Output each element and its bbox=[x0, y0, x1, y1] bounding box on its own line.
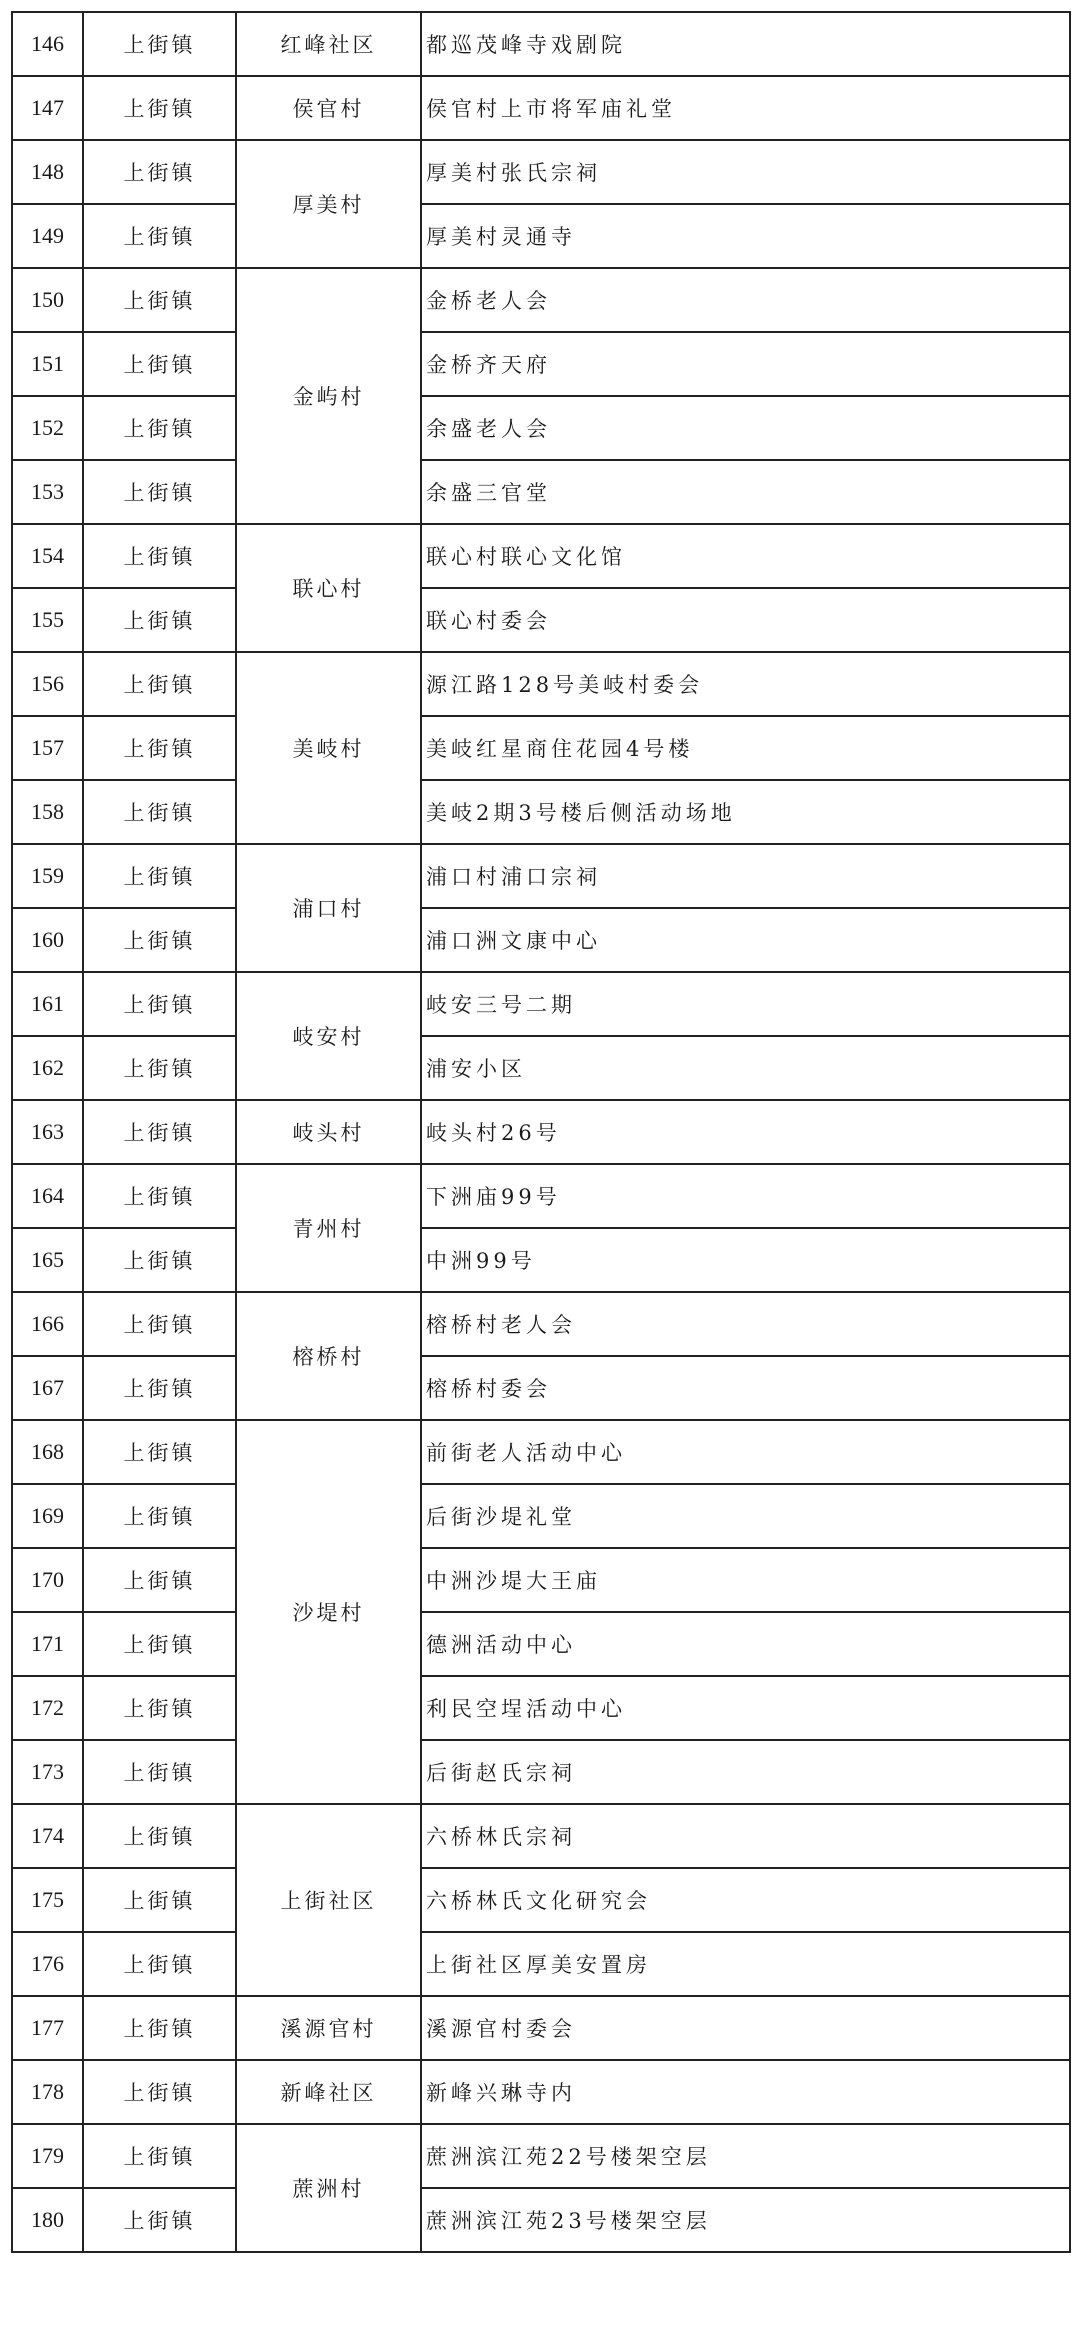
table-row: 162上街镇浦安小区 bbox=[12, 1036, 1070, 1100]
town-cell: 上街镇 bbox=[83, 12, 236, 76]
table-row: 154上街镇联心村联心村联心文化馆 bbox=[12, 524, 1070, 588]
site-cell: 金桥老人会 bbox=[421, 268, 1070, 332]
site-cell: 浦安小区 bbox=[421, 1036, 1070, 1100]
site-cell: 榕桥村委会 bbox=[421, 1356, 1070, 1420]
table-row: 153上街镇余盛三官堂 bbox=[12, 460, 1070, 524]
site-cell: 前街老人活动中心 bbox=[421, 1420, 1070, 1484]
row-number-cell: 146 bbox=[12, 12, 83, 76]
site-cell: 中洲沙堤大王庙 bbox=[421, 1548, 1070, 1612]
town-cell: 上街镇 bbox=[83, 716, 236, 780]
site-cell: 岐安三号二期 bbox=[421, 972, 1070, 1036]
site-cell: 后街赵氏宗祠 bbox=[421, 1740, 1070, 1804]
site-cell: 下洲庙99号 bbox=[421, 1164, 1070, 1228]
town-cell: 上街镇 bbox=[83, 1612, 236, 1676]
site-cell: 岐头村26号 bbox=[421, 1100, 1070, 1164]
town-cell: 上街镇 bbox=[83, 1548, 236, 1612]
village-cell: 美岐村 bbox=[236, 652, 421, 844]
village-cell: 浦口村 bbox=[236, 844, 421, 972]
town-cell: 上街镇 bbox=[83, 76, 236, 140]
row-number-cell: 171 bbox=[12, 1612, 83, 1676]
site-cell: 金桥齐天府 bbox=[421, 332, 1070, 396]
row-number-cell: 163 bbox=[12, 1100, 83, 1164]
town-cell: 上街镇 bbox=[83, 332, 236, 396]
row-number-cell: 147 bbox=[12, 76, 83, 140]
row-number-cell: 173 bbox=[12, 1740, 83, 1804]
site-cell: 蔗洲滨江苑23号楼架空层 bbox=[421, 2188, 1070, 2252]
row-number-cell: 172 bbox=[12, 1676, 83, 1740]
table-row: 160上街镇浦口洲文康中心 bbox=[12, 908, 1070, 972]
table-row: 155上街镇联心村委会 bbox=[12, 588, 1070, 652]
town-cell: 上街镇 bbox=[83, 204, 236, 268]
table-row: 175上街镇六桥林氏文化研究会 bbox=[12, 1868, 1070, 1932]
town-cell: 上街镇 bbox=[83, 1356, 236, 1420]
village-cell: 青州村 bbox=[236, 1164, 421, 1292]
site-cell: 德洲活动中心 bbox=[421, 1612, 1070, 1676]
table-row: 149上街镇厚美村灵通寺 bbox=[12, 204, 1070, 268]
row-number-cell: 180 bbox=[12, 2188, 83, 2252]
row-number-cell: 170 bbox=[12, 1548, 83, 1612]
site-cell: 后街沙堤礼堂 bbox=[421, 1484, 1070, 1548]
village-cell: 蔗洲村 bbox=[236, 2124, 421, 2252]
town-cell: 上街镇 bbox=[83, 268, 236, 332]
town-cell: 上街镇 bbox=[83, 588, 236, 652]
village-cell: 联心村 bbox=[236, 524, 421, 652]
village-cell: 红峰社区 bbox=[236, 12, 421, 76]
table-row: 152上街镇余盛老人会 bbox=[12, 396, 1070, 460]
table-row: 172上街镇利民空埕活动中心 bbox=[12, 1676, 1070, 1740]
village-cell: 上街社区 bbox=[236, 1804, 421, 1996]
town-cell: 上街镇 bbox=[83, 1868, 236, 1932]
table-row: 164上街镇青州村下洲庙99号 bbox=[12, 1164, 1070, 1228]
table-row: 150上街镇金屿村金桥老人会 bbox=[12, 268, 1070, 332]
site-cell: 联心村委会 bbox=[421, 588, 1070, 652]
table-row: 170上街镇中洲沙堤大王庙 bbox=[12, 1548, 1070, 1612]
town-cell: 上街镇 bbox=[83, 2060, 236, 2124]
village-cell: 沙堤村 bbox=[236, 1420, 421, 1804]
town-cell: 上街镇 bbox=[83, 1740, 236, 1804]
row-number-cell: 148 bbox=[12, 140, 83, 204]
table-row: 156上街镇美岐村源江路128号美岐村委会 bbox=[12, 652, 1070, 716]
table-row: 179上街镇蔗洲村蔗洲滨江苑22号楼架空层 bbox=[12, 2124, 1070, 2188]
village-cell: 榕桥村 bbox=[236, 1292, 421, 1420]
table-row: 173上街镇后街赵氏宗祠 bbox=[12, 1740, 1070, 1804]
table-row: 158上街镇美岐2期3号楼后侧活动场地 bbox=[12, 780, 1070, 844]
row-number-cell: 151 bbox=[12, 332, 83, 396]
village-cell: 岐安村 bbox=[236, 972, 421, 1100]
table-row: 163上街镇岐头村岐头村26号 bbox=[12, 1100, 1070, 1164]
table-row: 178上街镇新峰社区新峰兴琳寺内 bbox=[12, 2060, 1070, 2124]
site-cell: 美岐红星商住花园4号楼 bbox=[421, 716, 1070, 780]
village-cell: 岐头村 bbox=[236, 1100, 421, 1164]
site-cell: 联心村联心文化馆 bbox=[421, 524, 1070, 588]
row-number-cell: 152 bbox=[12, 396, 83, 460]
row-number-cell: 157 bbox=[12, 716, 83, 780]
row-number-cell: 177 bbox=[12, 1996, 83, 2060]
site-table-body: 146上街镇红峰社区都巡茂峰寺戏剧院147上街镇侯官村侯官村上市将军庙礼堂148… bbox=[12, 12, 1070, 2252]
table-row: 157上街镇美岐红星商住花园4号楼 bbox=[12, 716, 1070, 780]
row-number-cell: 164 bbox=[12, 1164, 83, 1228]
village-cell: 厚美村 bbox=[236, 140, 421, 268]
table-row: 174上街镇上街社区六桥林氏宗祠 bbox=[12, 1804, 1070, 1868]
table-row: 147上街镇侯官村侯官村上市将军庙礼堂 bbox=[12, 76, 1070, 140]
table-row: 168上街镇沙堤村前街老人活动中心 bbox=[12, 1420, 1070, 1484]
town-cell: 上街镇 bbox=[83, 1164, 236, 1228]
site-cell: 厚美村灵通寺 bbox=[421, 204, 1070, 268]
table-row: 176上街镇上街社区厚美安置房 bbox=[12, 1932, 1070, 1996]
table-row: 166上街镇榕桥村榕桥村老人会 bbox=[12, 1292, 1070, 1356]
site-cell: 蔗洲滨江苑22号楼架空层 bbox=[421, 2124, 1070, 2188]
row-number-cell: 150 bbox=[12, 268, 83, 332]
row-number-cell: 149 bbox=[12, 204, 83, 268]
row-number-cell: 153 bbox=[12, 460, 83, 524]
town-cell: 上街镇 bbox=[83, 140, 236, 204]
site-cell: 溪源官村委会 bbox=[421, 1996, 1070, 2060]
site-cell: 余盛老人会 bbox=[421, 396, 1070, 460]
site-cell: 新峰兴琳寺内 bbox=[421, 2060, 1070, 2124]
town-cell: 上街镇 bbox=[83, 1996, 236, 2060]
row-number-cell: 165 bbox=[12, 1228, 83, 1292]
site-cell: 美岐2期3号楼后侧活动场地 bbox=[421, 780, 1070, 844]
table-row: 161上街镇岐安村岐安三号二期 bbox=[12, 972, 1070, 1036]
town-cell: 上街镇 bbox=[83, 908, 236, 972]
row-number-cell: 162 bbox=[12, 1036, 83, 1100]
row-number-cell: 161 bbox=[12, 972, 83, 1036]
row-number-cell: 160 bbox=[12, 908, 83, 972]
table-row: 165上街镇中洲99号 bbox=[12, 1228, 1070, 1292]
row-number-cell: 168 bbox=[12, 1420, 83, 1484]
table-row: 180上街镇蔗洲滨江苑23号楼架空层 bbox=[12, 2188, 1070, 2252]
town-cell: 上街镇 bbox=[83, 652, 236, 716]
town-cell: 上街镇 bbox=[83, 1100, 236, 1164]
row-number-cell: 174 bbox=[12, 1804, 83, 1868]
site-cell: 源江路128号美岐村委会 bbox=[421, 652, 1070, 716]
town-cell: 上街镇 bbox=[83, 2188, 236, 2252]
site-cell: 六桥林氏文化研究会 bbox=[421, 1868, 1070, 1932]
town-cell: 上街镇 bbox=[83, 1420, 236, 1484]
town-cell: 上街镇 bbox=[83, 972, 236, 1036]
site-cell: 浦口洲文康中心 bbox=[421, 908, 1070, 972]
row-number-cell: 166 bbox=[12, 1292, 83, 1356]
town-cell: 上街镇 bbox=[83, 780, 236, 844]
row-number-cell: 155 bbox=[12, 588, 83, 652]
row-number-cell: 176 bbox=[12, 1932, 83, 1996]
village-cell: 新峰社区 bbox=[236, 2060, 421, 2124]
town-cell: 上街镇 bbox=[83, 1676, 236, 1740]
town-cell: 上街镇 bbox=[83, 460, 236, 524]
village-cell: 溪源官村 bbox=[236, 1996, 421, 2060]
site-cell: 榕桥村老人会 bbox=[421, 1292, 1070, 1356]
village-cell: 侯官村 bbox=[236, 76, 421, 140]
table-row: 146上街镇红峰社区都巡茂峰寺戏剧院 bbox=[12, 12, 1070, 76]
row-number-cell: 175 bbox=[12, 1868, 83, 1932]
table-row: 177上街镇溪源官村溪源官村委会 bbox=[12, 1996, 1070, 2060]
town-cell: 上街镇 bbox=[83, 396, 236, 460]
site-cell: 浦口村浦口宗祠 bbox=[421, 844, 1070, 908]
site-cell: 中洲99号 bbox=[421, 1228, 1070, 1292]
village-cell: 金屿村 bbox=[236, 268, 421, 524]
town-cell: 上街镇 bbox=[83, 844, 236, 908]
table-row: 148上街镇厚美村厚美村张氏宗祠 bbox=[12, 140, 1070, 204]
site-cell: 利民空埕活动中心 bbox=[421, 1676, 1070, 1740]
row-number-cell: 158 bbox=[12, 780, 83, 844]
table-row: 151上街镇金桥齐天府 bbox=[12, 332, 1070, 396]
table-row: 169上街镇后街沙堤礼堂 bbox=[12, 1484, 1070, 1548]
town-cell: 上街镇 bbox=[83, 1804, 236, 1868]
site-cell: 余盛三官堂 bbox=[421, 460, 1070, 524]
row-number-cell: 159 bbox=[12, 844, 83, 908]
site-table: 146上街镇红峰社区都巡茂峰寺戏剧院147上街镇侯官村侯官村上市将军庙礼堂148… bbox=[11, 11, 1071, 2253]
town-cell: 上街镇 bbox=[83, 1932, 236, 1996]
site-cell: 侯官村上市将军庙礼堂 bbox=[421, 76, 1070, 140]
town-cell: 上街镇 bbox=[83, 1228, 236, 1292]
town-cell: 上街镇 bbox=[83, 2124, 236, 2188]
row-number-cell: 179 bbox=[12, 2124, 83, 2188]
town-cell: 上街镇 bbox=[83, 1292, 236, 1356]
site-cell: 都巡茂峰寺戏剧院 bbox=[421, 12, 1070, 76]
town-cell: 上街镇 bbox=[83, 1484, 236, 1548]
row-number-cell: 156 bbox=[12, 652, 83, 716]
row-number-cell: 167 bbox=[12, 1356, 83, 1420]
site-cell: 厚美村张氏宗祠 bbox=[421, 140, 1070, 204]
table-row: 171上街镇德洲活动中心 bbox=[12, 1612, 1070, 1676]
site-cell: 上街社区厚美安置房 bbox=[421, 1932, 1070, 1996]
table-row: 159上街镇浦口村浦口村浦口宗祠 bbox=[12, 844, 1070, 908]
town-cell: 上街镇 bbox=[83, 1036, 236, 1100]
row-number-cell: 169 bbox=[12, 1484, 83, 1548]
town-cell: 上街镇 bbox=[83, 524, 236, 588]
table-row: 167上街镇榕桥村委会 bbox=[12, 1356, 1070, 1420]
site-cell: 六桥林氏宗祠 bbox=[421, 1804, 1070, 1868]
row-number-cell: 178 bbox=[12, 2060, 83, 2124]
row-number-cell: 154 bbox=[12, 524, 83, 588]
